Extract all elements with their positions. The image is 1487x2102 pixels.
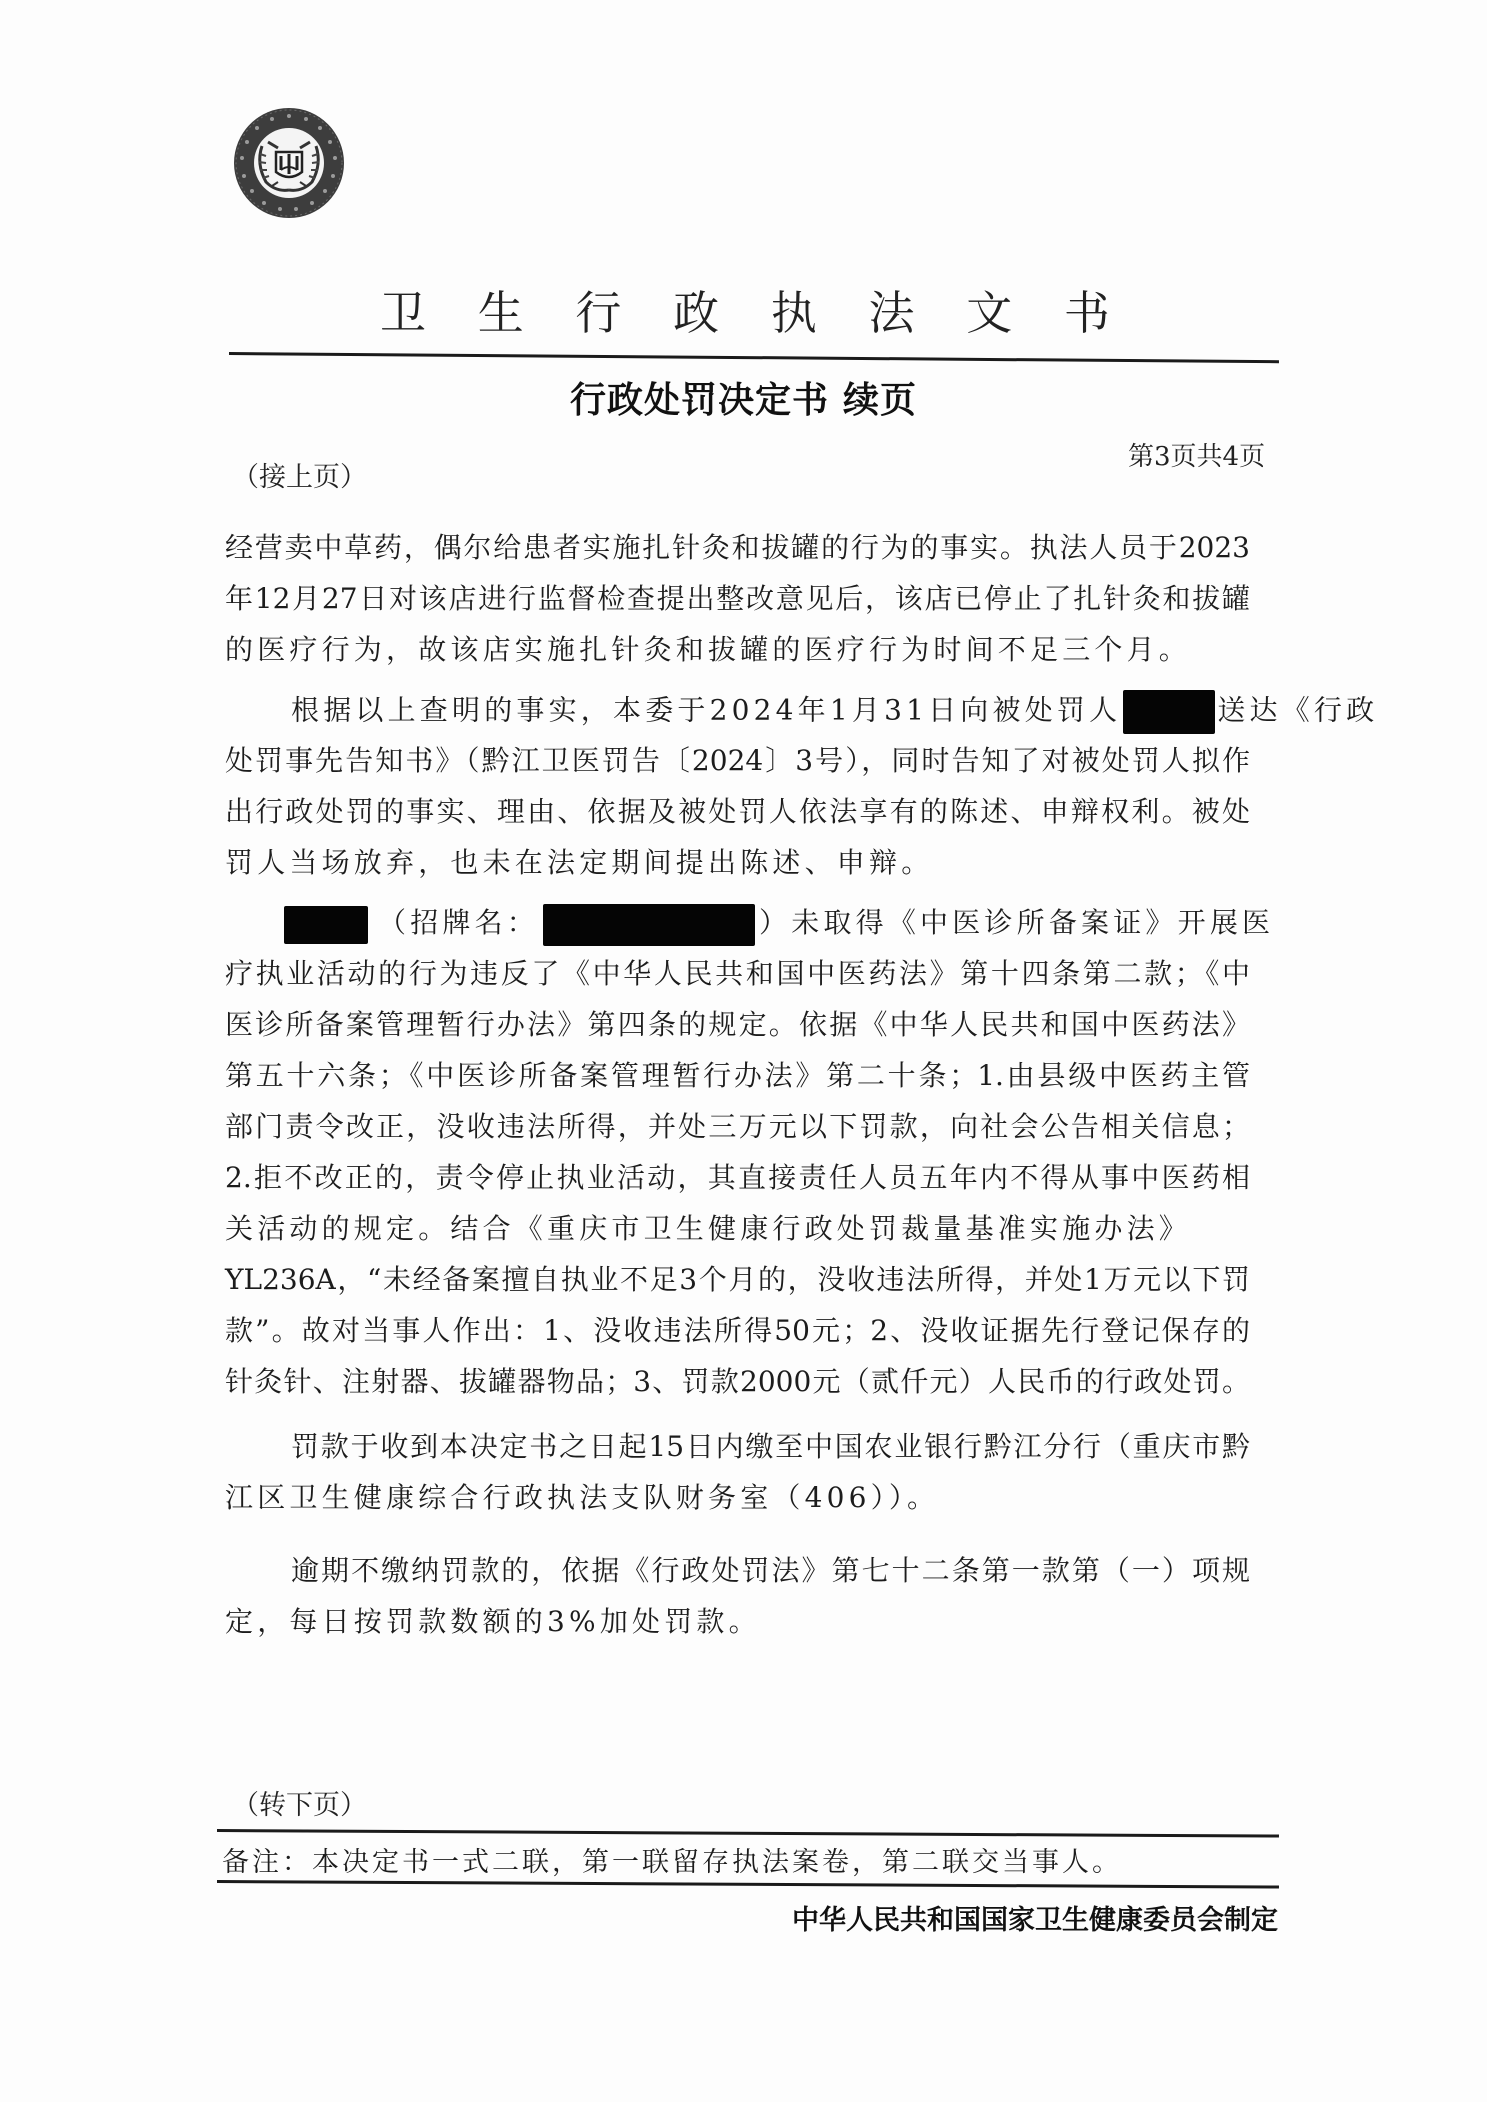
header-char: 政 bbox=[673, 277, 719, 343]
header-char: 书 bbox=[1064, 277, 1110, 343]
continued-to-label: （转下页） bbox=[232, 1783, 367, 1822]
body-line: 第五十六条；《中医诊所备案管理暂行办法》第二十条；1.由县级中医药主管 bbox=[225, 1056, 1250, 1096]
redaction-box-respondent bbox=[1123, 690, 1215, 734]
header-char: 卫 bbox=[380, 277, 426, 343]
document-page: 卫 生 行 政 执 法 文 书 行政处罚决定书续页 第3页共4页 （接上页） 经… bbox=[0, 0, 1487, 2102]
remarks-note: 备注：本决定书一式二联，第一联留存执法案卷，第二联交当事人。 bbox=[222, 1840, 1122, 1879]
body-line: 罚款于收到本决定书之日起15日内缴至中国农业银行黔江分行（重庆市黔 bbox=[291, 1427, 1250, 1467]
body-line: YL236A，“未经备案擅自执业不足3个月的，没收违法所得，并处1万元以下罚 bbox=[225, 1260, 1250, 1300]
body-line: 经营卖中草药，偶尔给患者实施扎针灸和拔罐的行为的事实。执法人员于2023 bbox=[225, 528, 1250, 568]
note-top-divider bbox=[217, 1829, 1279, 1838]
body-line-with-redaction: （招牌名：）未取得《中医诊所备案证》开展医 bbox=[284, 903, 1274, 943]
body-line-with-redaction: 根据以上查明的事实，本委于2024年1月31日向被处罚人送达《行政 bbox=[291, 690, 1378, 730]
body-line: 的医疗行为，故该店实施扎针灸和拔罐的医疗行为时间不足三个月。 bbox=[225, 630, 1191, 670]
emblem-seal-icon bbox=[232, 106, 346, 220]
note-bottom-divider bbox=[217, 1880, 1279, 1889]
body-line: 罚人当场放弃，也未在法定期间提出陈述、申辩。 bbox=[225, 843, 933, 883]
header-char: 法 bbox=[869, 277, 915, 343]
body-line: 医诊所备案管理暂行办法》第四条的规定。依据《中华人民共和国中医药法》 bbox=[225, 1005, 1250, 1045]
subtitle-main: 行政处罚决定书 bbox=[570, 380, 829, 421]
body-line: 疗执业活动的行为违反了《中华人民共和国中医药法》第十四条第二款；《中 bbox=[225, 954, 1250, 994]
body-line: 处罚事先告知书》（黔江卫医罚告〔2024〕3号），同时告知了对被处罚人拟作 bbox=[225, 741, 1250, 781]
redaction-box-shop-name bbox=[543, 904, 755, 946]
line-text: 送达《行政 bbox=[1217, 694, 1378, 727]
body-line: 关活动的规定。结合《重庆市卫生健康行政处罚裁量基准实施办法》 bbox=[225, 1209, 1191, 1249]
body-line: 款”。故对当事人作出：1、没收违法所得50元；2、没收证据先行登记保存的 bbox=[225, 1311, 1250, 1351]
subtitle-suffix: 续页 bbox=[843, 380, 917, 421]
body-line: 逾期不缴纳罚款的，依据《行政处罚法》第七十二条第一款第（一）项规 bbox=[291, 1551, 1250, 1591]
body-line: 针灸针、注射器、拔罐器物品；3、罚款2000元（贰仟元）人民币的行政处罚。 bbox=[225, 1362, 1250, 1402]
redaction-box-party bbox=[284, 906, 368, 944]
page-number: 第3页共4页 bbox=[1128, 436, 1265, 473]
line-text: ）未取得《中医诊所备案证》开展医 bbox=[759, 906, 1274, 939]
header-char: 生 bbox=[478, 277, 524, 343]
body-line: 部门责令改正，没收违法所得，并处三万元以下罚款，向社会公告相关信息； bbox=[225, 1107, 1250, 1147]
line-text: 根据以上查明的事实，本委于2024年1月31日向被处罚人 bbox=[291, 694, 1121, 727]
body-line: 年12月27日对该店进行监督检查提出整改意见后，该店已停止了扎针灸和拔罐 bbox=[225, 579, 1250, 619]
line-text: （招牌名： bbox=[378, 906, 539, 939]
body-line: 定，每日按罚款数额的3%加处罚款。 bbox=[225, 1602, 761, 1642]
body-line: 出行政处罚的事实、理由、依据及被处罚人依法享有的陈述、申辩权利。被处 bbox=[225, 792, 1250, 832]
body-line: 2.拒不改正的，责令停止执业活动，其直接责任人员五年内不得从事中医药相 bbox=[225, 1158, 1250, 1198]
body-line: 江区卫生健康综合行政执法支队财务室（406））。 bbox=[225, 1478, 939, 1518]
document-header-title: 卫 生 行 政 执 法 文 书 bbox=[380, 280, 1110, 340]
continued-from-label: （接上页） bbox=[232, 455, 367, 494]
header-char: 文 bbox=[966, 277, 1012, 343]
header-char: 行 bbox=[575, 277, 621, 343]
document-subtitle: 行政处罚决定书续页 bbox=[0, 372, 1487, 423]
issuing-authority: 中华人民共和国国家卫生健康委员会制定 bbox=[772, 1898, 1278, 1937]
header-char: 执 bbox=[771, 277, 817, 343]
header-divider bbox=[229, 352, 1279, 363]
